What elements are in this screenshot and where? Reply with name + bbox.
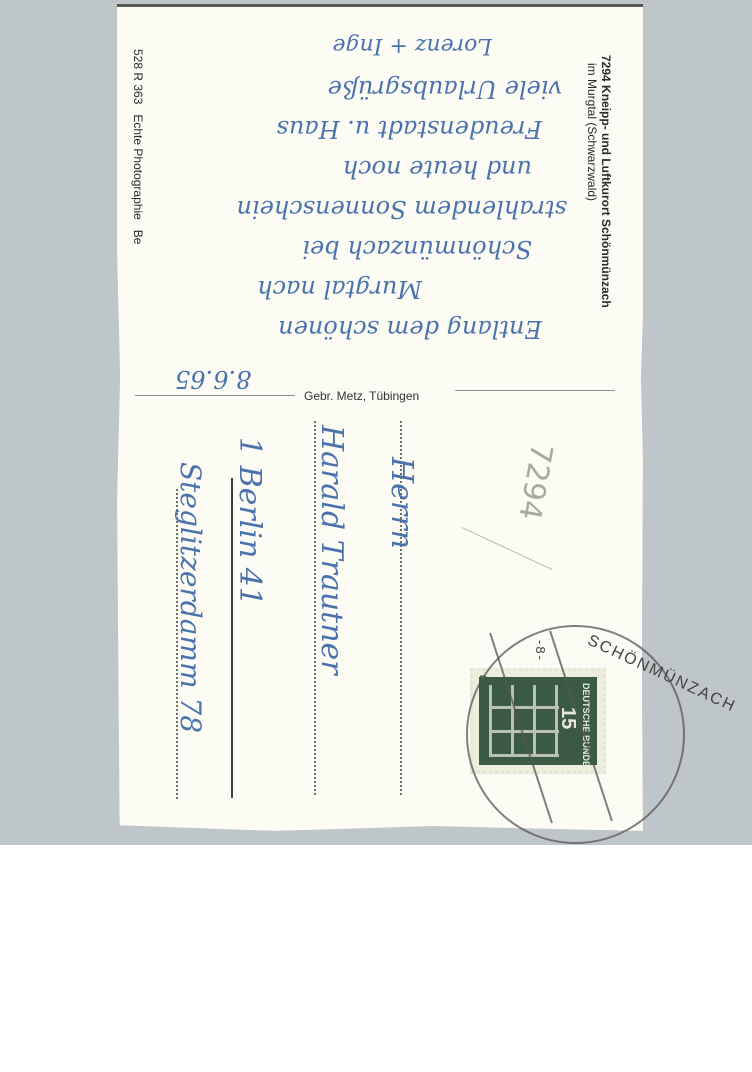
print-code: 528 R 363 Echte Photographie Be — [131, 49, 145, 244]
postmark-date: -8- — [533, 640, 548, 662]
message-line: Freudenstadt u. Haus — [277, 115, 542, 143]
message-line: strahlendem Sonnenschein — [236, 195, 567, 223]
header-line-2: im Murgtal (Schwarzwald) — [585, 55, 599, 308]
divider-right — [455, 390, 615, 391]
message-line: Schönmünzach bei — [302, 235, 532, 263]
header-line-1: 7294 Kneipp- und Luftkurort Schönmünzach — [599, 55, 613, 308]
address-city: 1 Berlin 41 — [232, 437, 267, 606]
divider-left — [135, 395, 295, 396]
message-line: Murgtal nach — [257, 275, 422, 303]
handwritten-message: Entlang dem schönen Murgtal nach Schönmü… — [172, 13, 572, 353]
address-street: Steglitzerdamm 78 — [174, 462, 207, 733]
message-line: viele Urlaubsgrüße — [328, 75, 562, 103]
publisher-imprint: Gebr. Metz, Tübingen — [304, 389, 419, 403]
handwritten-date: 8.6.65 — [175, 365, 251, 393]
message-line: und heute noch — [343, 155, 532, 183]
pencil-stroke — [462, 527, 553, 570]
message-line: Entlang dem schönen — [278, 315, 542, 343]
address-herrn: Herrn — [384, 457, 419, 549]
message-line: Lorenz + Inge — [332, 33, 492, 58]
pencil-note: 7294 — [511, 441, 559, 522]
publisher-header: 7294 Kneipp- und Luftkurort Schönmünzach… — [585, 55, 613, 308]
address-name: Harald Trautner — [314, 425, 349, 675]
